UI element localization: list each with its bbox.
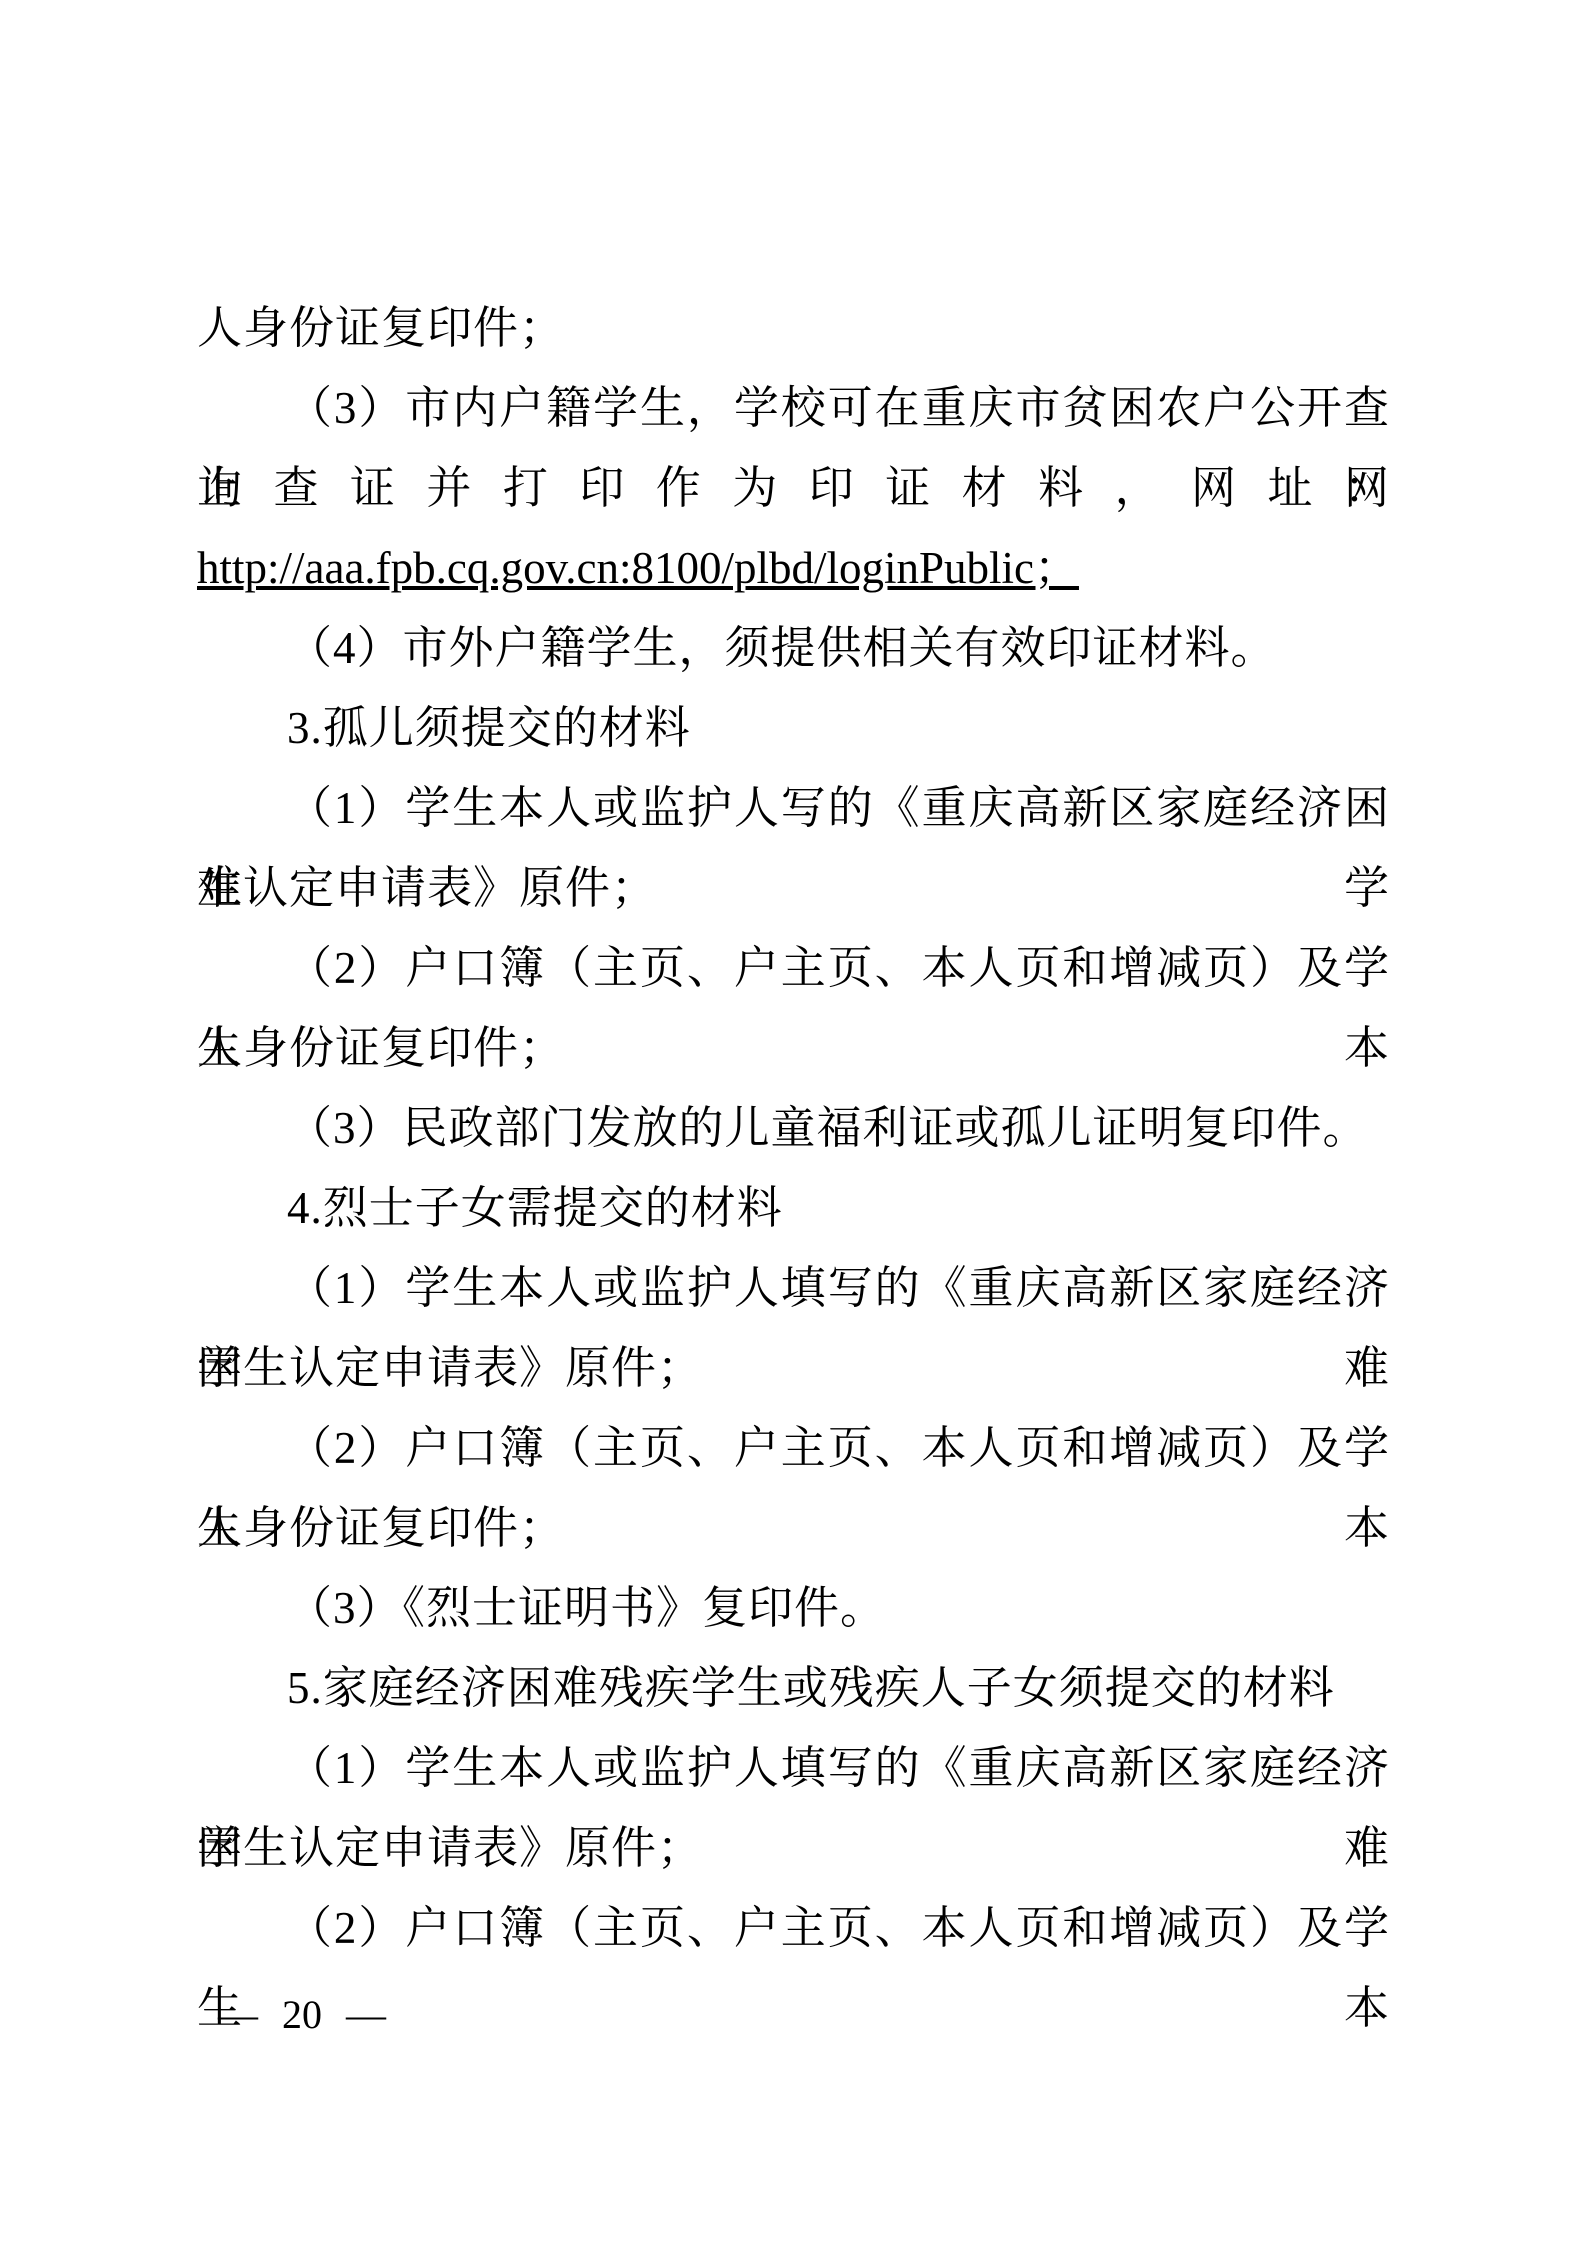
text-line: （4）市外户籍学生，须提供相关有效印证材料。	[197, 608, 1390, 688]
section-heading: 4.烈士子女需提交的材料	[197, 1168, 1390, 1248]
section-heading: 3.孤儿须提交的材料	[197, 688, 1390, 768]
text-line: （3）《烈士证明书》复印件。	[197, 1568, 1390, 1648]
document-body: 人身份证复印件； （3）市内户籍学生，学校可在重庆市贫困农户公开查询网 上查证并…	[197, 288, 1390, 1968]
text-line: （3）市内户籍学生，学校可在重庆市贫困农户公开查询网	[197, 368, 1390, 448]
text-line: （2）户口簿（主页、户主页、本人页和增减页）及学生本	[197, 1408, 1390, 1488]
text-line: 人身份证复印件；	[197, 288, 1390, 368]
section-heading: 5.家庭经济困难残疾学生或残疾人子女须提交的材料	[197, 1648, 1390, 1728]
url-link[interactable]: http://aaa.fpb.cq.gov.cn:8100/plbd/login…	[197, 528, 1390, 608]
document-page: 人身份证复印件； （3）市内户籍学生，学校可在重庆市贫困农户公开查询网 上查证并…	[0, 0, 1587, 2245]
text-line: （1）学生本人或监护人填写的《重庆高新区家庭经济困难	[197, 1728, 1390, 1808]
text-line: （1）学生本人或监护人填写的《重庆高新区家庭经济困难	[197, 1248, 1390, 1328]
page-number: — 20 —	[218, 1992, 386, 2038]
text-line: （2）户口簿（主页、户主页、本人页和增减页）及学生本	[197, 928, 1390, 1008]
text-line: （1）学生本人或监护人写的《重庆高新区家庭经济困难学	[197, 768, 1390, 848]
text-line: （2）户口簿（主页、户主页、本人页和增减页）及学生本	[197, 1888, 1390, 1968]
text-line: （3）民政部门发放的儿童福利证或孤儿证明复印件。	[197, 1088, 1390, 1168]
text-line: 上查证并打印作为印证材料，网址：	[197, 448, 1390, 528]
